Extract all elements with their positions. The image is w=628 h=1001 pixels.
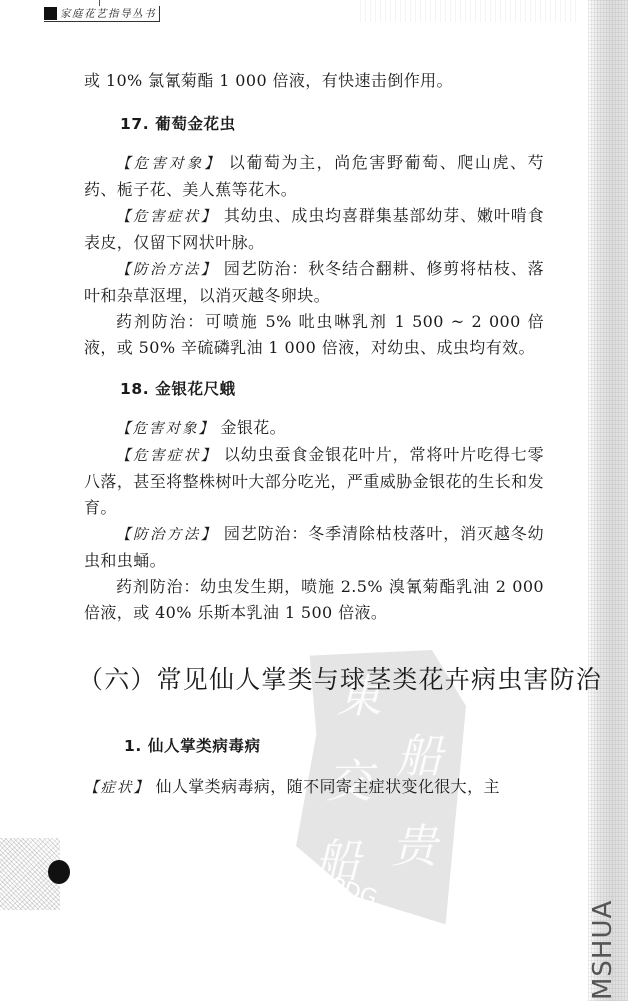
disease-1-heading: 1. 仙人掌类病毒病 [84,734,544,756]
tag-label: 【危害症状】 [116,209,218,225]
pest-17-symptom: 【危害症状】 其幼虫、成虫均喜群集基部幼芽、嫩叶啃食表皮，仅留下网状叶脉。 [84,203,544,256]
series-title: 家庭花艺指导丛书 [60,6,156,21]
pest-18-heading: 18. 金银花尺蛾 [84,377,544,399]
page-body: 或 10% 氯氰菊酯 1 000 倍液，有快速击倒作用。 17. 葡萄金花虫 【… [84,68,544,801]
pest-18-symptom: 【危害症状】 以幼虫蚕食金银花叶片，常将叶片吃得七零八落，甚至将整株树叶大部分吃… [84,442,544,521]
section-title: （六）常见仙人掌类与球茎类花卉病虫害防治 [78,660,544,696]
pest-17-heading: 17. 葡萄金花虫 [84,112,544,134]
disease-1-symptom: 【症状】 仙人掌类病毒病，随不同寄主症状变化很大，主 [84,774,544,801]
running-header: 家庭花艺指导丛书 [44,6,160,22]
header-tick-mark [99,0,100,6]
tag-label: 【防治方法】 [116,527,218,543]
pest-17-target: 【危害对象】 以葡萄为主，尚危害野葡萄、爬山虎、芍药、栀子花、美人蕉等花木。 [84,150,544,203]
opening-line: 或 10% 氯氰菊酯 1 000 倍液，有快速击倒作用。 [84,68,544,94]
disease-1-symptom-text: 仙人掌类病毒病，随不同寄主症状变化很大，主 [150,777,500,796]
pest-17-chemical: 药剂防治：可喷施 5% 吡虫啉乳剂 1 500 ~ 2 000 倍液，或 50%… [84,309,544,361]
scan-noise [360,0,580,22]
tag-label: 【症状】 [84,780,150,796]
header-block-icon [44,7,57,20]
pest-18-chemical: 药剂防治：幼虫发生期，喷施 2.5% 溴氰菊酯乳油 2 000 倍液，或 40%… [84,574,544,626]
pest-17-control: 【防治方法】 园艺防治：秋冬结合翻耕、修剪将枯枝、落叶和杂草沤埋，以消灭越冬卵块… [84,256,544,309]
side-watermark: MSHUA [588,900,618,1000]
binding-hole-icon [48,860,70,884]
tag-label: 【防治方法】 [116,262,218,278]
pest-18-target-text: 金银花。 [215,418,286,437]
pest-18-control: 【防治方法】 园艺防治：冬季清除枯枝落叶，消灭越冬幼虫和虫蛹。 [84,521,544,574]
tag-label: 【危害症状】 [116,448,218,464]
watermark-glyph: 贵 [391,810,437,876]
tag-label: 【危害对象】 [116,156,222,172]
tag-label: 【危害对象】 [116,421,215,437]
scan-edge-shadow [588,0,628,1001]
pest-18-target: 【危害对象】 金银花。 [84,415,544,442]
